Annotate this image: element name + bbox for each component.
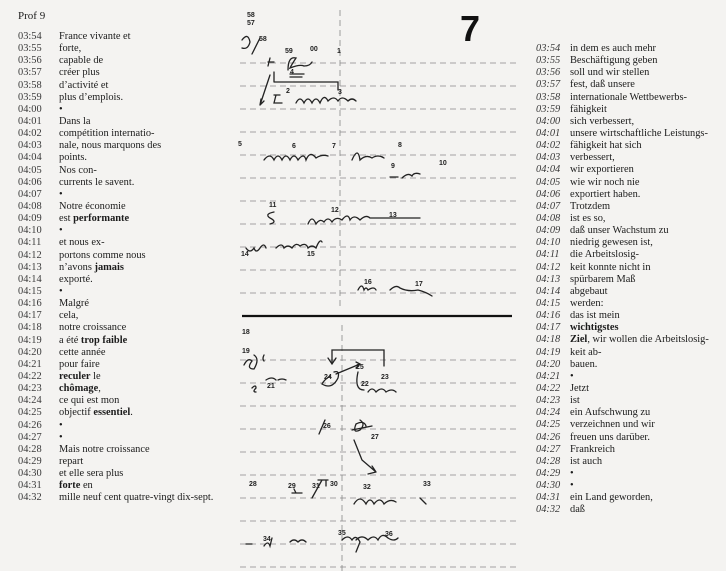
- text-segment: keit ab-: [570, 347, 601, 358]
- line-text: abgebaut: [570, 286, 608, 298]
- timestamp: 04:26: [536, 432, 570, 444]
- text-segment: currents le savent.: [59, 177, 134, 188]
- text-segment: n’avons: [59, 262, 95, 273]
- emphasized-word: chômage: [59, 383, 98, 394]
- text-segment: repart: [59, 456, 83, 467]
- transcript-line: 04:31forte en: [18, 480, 213, 492]
- line-text: nale, nous marquons des: [59, 140, 161, 152]
- text-segment: niedrig gewesen ist,: [570, 237, 653, 248]
- timestamp: 04:15: [536, 298, 570, 310]
- timing-marker: 24: [324, 374, 332, 381]
- line-text: die Arbeitslosig-: [570, 249, 639, 261]
- timestamp: 04:21: [536, 371, 570, 383]
- transcript-line: 04:10niedrig gewesen ist,: [536, 237, 709, 249]
- line-text: compétition internatio-: [59, 128, 155, 140]
- transcript-line: 04:03verbessert,: [536, 152, 709, 164]
- timestamp: 04:19: [18, 335, 59, 347]
- timestamp: 04:28: [536, 456, 570, 468]
- timestamp: 03:55: [18, 43, 59, 55]
- line-text: objectif essentiel.: [59, 407, 133, 419]
- timing-marker: 27: [371, 434, 379, 441]
- timing-marker: 3: [338, 89, 342, 96]
- text-segment: mille neuf cent quatre-vingt dix-sept.: [59, 492, 213, 503]
- transcript-line: 04:09daß unser Wachstum zu: [536, 225, 709, 237]
- timing-marker: 58: [259, 36, 267, 43]
- page-number: 7: [460, 8, 480, 50]
- timestamp: 04:13: [18, 262, 59, 274]
- transcript-line: 03:54France vivante et: [18, 31, 213, 43]
- transcript-line: 04:22Jetzt: [536, 383, 709, 395]
- text-segment: werden:: [570, 298, 603, 309]
- timing-marker: 1: [337, 48, 341, 55]
- text-segment: abgebaut: [570, 286, 608, 297]
- transcript-line: 04:06currents le savent.: [18, 177, 213, 189]
- timestamp: 04:17: [18, 310, 59, 322]
- pause-bullet: [59, 432, 63, 444]
- transcript-line: 04:20cette année: [18, 347, 213, 359]
- timestamp: 03:57: [536, 79, 570, 91]
- timestamp: 04:31: [536, 492, 570, 504]
- text-segment: créer plus: [59, 67, 100, 78]
- transcript-line: 04:22reculer le: [18, 371, 213, 383]
- text-segment: , wir wollen die Arbeitslosig-: [587, 334, 709, 345]
- line-text: chômage,: [59, 383, 101, 395]
- emphasized-word: jamais: [95, 262, 124, 273]
- line-text: verzeichnen und wir: [570, 419, 655, 431]
- line-text: cela,: [59, 310, 78, 322]
- line-text: Jetzt: [570, 383, 589, 395]
- line-text: fähigkeit hat sich: [570, 140, 642, 152]
- text-segment: exportiert haben.: [570, 189, 640, 200]
- timestamp: 04:10: [536, 237, 570, 249]
- transcript-line: 04:11et nous ex-: [18, 237, 213, 249]
- timing-marker: 12: [331, 207, 339, 214]
- text-segment: le: [91, 371, 101, 382]
- german-transcript: 03:54in dem es auch mehr03:55Beschäftigu…: [536, 43, 709, 516]
- line-text: Ziel, wir wollen die Arbeitslosig-: [570, 334, 709, 346]
- timestamp: 04:14: [18, 274, 59, 286]
- line-text: wichtigstes: [570, 322, 618, 334]
- text-segment: compétition internatio-: [59, 128, 155, 139]
- text-segment: en: [80, 480, 92, 491]
- timing-marker: 11: [269, 202, 276, 209]
- text-segment: notre croissance: [59, 322, 126, 333]
- line-text: ein Aufschwung zu: [570, 407, 650, 419]
- transcript-line: 04:03nale, nous marquons des: [18, 140, 213, 152]
- line-text: ein Land geworden,: [570, 492, 653, 504]
- transcript-line: 04:08ist es so,: [536, 213, 709, 225]
- transcript-line: 04:13n’avons jamais: [18, 262, 213, 274]
- line-text: fähigkeit: [570, 104, 607, 116]
- pause-bullet: [59, 225, 63, 237]
- timing-marker: 19: [242, 348, 250, 355]
- transcript-line: 04:16Malgré: [18, 298, 213, 310]
- text-segment: d’activité et: [59, 80, 108, 91]
- timestamp: 04:18: [18, 322, 59, 334]
- timestamp: 04:25: [536, 419, 570, 431]
- transcript-line: 04:32daß: [536, 504, 709, 516]
- transcript-line: 03:55Beschäftigung geben: [536, 55, 709, 67]
- transcript-line: 04:13spürbarem Maß: [536, 274, 709, 286]
- line-text: n’avons jamais: [59, 262, 124, 274]
- text-segment: forte,: [59, 43, 81, 54]
- transcript-line: 04:23chômage,: [18, 383, 213, 395]
- timestamp: 03:55: [536, 55, 570, 67]
- timestamp: 04:30: [536, 480, 570, 492]
- text-segment: a été: [59, 335, 81, 346]
- text-segment: ein Aufschwung zu: [570, 407, 650, 418]
- line-text: pour faire: [59, 359, 100, 371]
- timestamp: 04:06: [18, 177, 59, 189]
- transcript-line: 04:27: [18, 432, 213, 444]
- page-label: Prof 9: [18, 10, 45, 22]
- timing-marker: 16: [364, 279, 372, 286]
- timestamp: 04:03: [536, 152, 570, 164]
- transcript-line: 03:59fähigkeit: [536, 104, 709, 116]
- transcript-line: 04:24ein Aufschwung zu: [536, 407, 709, 419]
- text-segment: Mais notre croissance: [59, 444, 150, 455]
- line-text: a été trop faible: [59, 335, 127, 347]
- timestamp: 03:58: [18, 80, 59, 92]
- timestamp: 04:29: [18, 456, 59, 468]
- text-segment: plus d’emplois.: [59, 92, 123, 103]
- line-text: werden:: [570, 298, 603, 310]
- line-text: et nous ex-: [59, 237, 105, 249]
- timestamp: 04:14: [536, 286, 570, 298]
- text-segment: Notre économie: [59, 201, 126, 212]
- pause-bullet: [59, 189, 63, 201]
- line-text: bauen.: [570, 359, 597, 371]
- timing-marker: 6: [292, 143, 296, 150]
- timestamp: 04:01: [18, 116, 59, 128]
- timestamp: 04:17: [536, 322, 570, 334]
- transcript-line: 04:06exportiert haben.: [536, 189, 709, 201]
- text-segment: Nos con-: [59, 165, 97, 176]
- timestamp: 04:05: [18, 165, 59, 177]
- line-text: in dem es auch mehr: [570, 43, 656, 55]
- timestamp: 04:24: [18, 395, 59, 407]
- line-text: notre croissance: [59, 322, 126, 334]
- line-text: ist auch: [570, 456, 602, 468]
- timestamp: 04:19: [536, 347, 570, 359]
- timing-marker: 59: [285, 48, 293, 55]
- transcript-line: 04:19keit ab-: [536, 347, 709, 359]
- line-text: Nos con-: [59, 165, 97, 177]
- timestamp: 04:22: [536, 383, 570, 395]
- transcript-line: 04:17cela,: [18, 310, 213, 322]
- transcript-line: 04:07: [18, 189, 213, 201]
- timing-marker: 33: [423, 481, 431, 488]
- timestamp: 04:00: [18, 104, 59, 116]
- text-segment: verbessert,: [570, 152, 615, 163]
- text-segment: keit konnte nicht in: [570, 262, 651, 273]
- line-text: keit ab-: [570, 347, 601, 359]
- timing-marker: 18: [242, 329, 250, 336]
- timestamp: 04:32: [536, 504, 570, 516]
- timestamp: 04:06: [536, 189, 570, 201]
- timestamp: 04:31: [18, 480, 59, 492]
- timestamp: 04:32: [18, 492, 59, 504]
- line-text: forte en: [59, 480, 93, 492]
- timestamp: 03:56: [18, 55, 59, 67]
- transcript-line: 04:21pour faire: [18, 359, 213, 371]
- timing-marker: 36: [385, 531, 393, 538]
- timing-marker: 58: [247, 12, 255, 19]
- french-transcript: 03:54France vivante et03:55forte,03:56ca…: [18, 31, 213, 504]
- timestamp: 04:23: [18, 383, 59, 395]
- timestamp: 03:58: [536, 92, 570, 104]
- timing-marker: 28: [249, 481, 257, 488]
- timestamp: 04:08: [536, 213, 570, 225]
- transcript-line: 04:02fähigkeit hat sich: [536, 140, 709, 152]
- line-text: ist: [570, 395, 580, 407]
- timing-marker: 25: [356, 364, 364, 371]
- line-text: cette année: [59, 347, 105, 359]
- timestamp: 04:25: [18, 407, 59, 419]
- line-text: niedrig gewesen ist,: [570, 237, 653, 249]
- text-segment: ,: [98, 383, 101, 394]
- timing-marker: 15: [307, 251, 315, 258]
- timestamp: 04:30: [18, 468, 59, 480]
- text-segment: wie wir noch nie: [570, 177, 640, 188]
- line-text: wie wir noch nie: [570, 177, 640, 189]
- timestamp: 04:12: [18, 250, 59, 262]
- line-text: créer plus: [59, 67, 100, 79]
- emphasized-word: trop faible: [81, 335, 127, 346]
- line-text: spürbarem Maß: [570, 274, 636, 286]
- text-segment: fähigkeit hat sich: [570, 140, 642, 151]
- transcript-line: 04:19a été trop faible: [18, 335, 213, 347]
- text-segment: Frankreich: [570, 444, 615, 455]
- emphasized-word: reculer: [59, 371, 91, 382]
- transcript-line: 04:08Notre économie: [18, 201, 213, 213]
- line-text: points.: [59, 152, 87, 164]
- timestamp: 04:16: [536, 310, 570, 322]
- line-text: keit konnte nicht in: [570, 262, 651, 274]
- timestamp: 04:09: [18, 213, 59, 225]
- transcript-line: 04:07Trotzdem: [536, 201, 709, 213]
- line-text: ce qui est mon: [59, 395, 119, 407]
- text-segment: sich verbessert,: [570, 116, 634, 127]
- text-segment: et elle sera plus: [59, 468, 123, 479]
- text-segment: spürbarem Maß: [570, 274, 636, 285]
- line-text: France vivante et: [59, 31, 131, 43]
- timestamp: 04:27: [18, 432, 59, 444]
- timing-marker: 31: [312, 483, 320, 490]
- transcript-line: 04:30: [536, 480, 709, 492]
- timestamp: 04:09: [536, 225, 570, 237]
- timestamp: 03:54: [18, 31, 59, 43]
- line-text: Dans la: [59, 116, 90, 128]
- transcript-line: 04:05Nos con-: [18, 165, 213, 177]
- timestamp: 03:56: [536, 67, 570, 79]
- timestamp: 04:00: [536, 116, 570, 128]
- text-segment: die Arbeitslosig-: [570, 249, 639, 260]
- line-text: Notre économie: [59, 201, 126, 213]
- transcript-line: 04:32mille neuf cent quatre-vingt dix-se…: [18, 492, 213, 504]
- timestamp: 04:15: [18, 286, 59, 298]
- transcript-line: 04:31ein Land geworden,: [536, 492, 709, 504]
- handwritten-notes: 58 57 58 59 00 1 2 3 4 5 6 7 8 9 10 11 1…: [230, 0, 520, 571]
- transcript-line: 04:05wie wir noch nie: [536, 177, 709, 189]
- timestamp: 03:57: [18, 67, 59, 79]
- line-text: daß: [570, 504, 585, 516]
- timestamp: 04:07: [536, 201, 570, 213]
- timing-marker: 8: [398, 142, 402, 149]
- timestamp: 04:04: [536, 164, 570, 176]
- timestamp: 04:04: [18, 152, 59, 164]
- line-text: et elle sera plus: [59, 468, 123, 480]
- line-text: Frankreich: [570, 444, 615, 456]
- timing-marker: 35: [338, 530, 346, 537]
- text-segment: ein Land geworden,: [570, 492, 653, 503]
- timestamp: 04:02: [18, 128, 59, 140]
- transcript-line: 03:57créer plus: [18, 67, 213, 79]
- line-text: sich verbessert,: [570, 116, 634, 128]
- timing-marker: 5: [238, 141, 242, 148]
- timestamp: 04:07: [18, 189, 59, 201]
- line-text: exportiert haben.: [570, 189, 640, 201]
- timing-marker: 23: [381, 374, 389, 381]
- timing-marker: 21: [267, 383, 275, 390]
- timestamp: 04:23: [536, 395, 570, 407]
- pause-bullet: [59, 420, 63, 432]
- transcript-line: 04:15werden:: [536, 298, 709, 310]
- transcript-line: 04:00sich verbessert,: [536, 116, 709, 128]
- transcript-line: 04:26freuen uns darüber.: [536, 432, 709, 444]
- timing-marker: 2: [286, 88, 290, 95]
- timestamp: 03:54: [536, 43, 570, 55]
- timing-marker: 00: [310, 46, 318, 53]
- line-text: wir exportieren: [570, 164, 634, 176]
- timestamp: 04:10: [18, 225, 59, 237]
- timestamp: 03:59: [18, 92, 59, 104]
- timestamp: 04:20: [18, 347, 59, 359]
- emphasized-word: forte: [59, 480, 80, 491]
- transcript-line: 04:02compétition internatio-: [18, 128, 213, 140]
- timing-marker: 14: [241, 251, 249, 258]
- line-text: internationale Wettbewerbs-: [570, 92, 687, 104]
- timestamp: 04:02: [536, 140, 570, 152]
- text-segment: objectif: [59, 407, 93, 418]
- emphasized-word: performante: [73, 213, 129, 224]
- text-segment: internationale Wettbewerbs-: [570, 92, 687, 103]
- timing-marker: 29: [288, 483, 296, 490]
- transcript-line: 04:12portons comme nous: [18, 250, 213, 262]
- line-text: capable de: [59, 55, 103, 67]
- line-text: Beschäftigung geben: [570, 55, 657, 67]
- transcript-line: 04:12keit konnte nicht in: [536, 262, 709, 274]
- timing-marker: 10: [439, 160, 447, 167]
- transcript-line: 04:28ist auch: [536, 456, 709, 468]
- transcript-line: 04:18Ziel, wir wollen die Arbeitslosig-: [536, 334, 709, 346]
- transcript-line: 04:15: [18, 286, 213, 298]
- text-segment: ist: [570, 395, 580, 406]
- transcript-line: 03:58d’activité et: [18, 80, 213, 92]
- text-segment: portons comme nous: [59, 250, 146, 261]
- text-segment: in dem es auch mehr: [570, 43, 656, 54]
- line-text: verbessert,: [570, 152, 615, 164]
- line-text: fest, daß unsere: [570, 79, 635, 91]
- timestamp: 04:03: [18, 140, 59, 152]
- timestamp: 04:11: [536, 249, 570, 261]
- timestamp: 04:24: [536, 407, 570, 419]
- timestamp: 03:59: [536, 104, 570, 116]
- text-segment: fähigkeit: [570, 104, 607, 115]
- timing-marker: 22: [361, 381, 369, 388]
- timestamp: 04:20: [536, 359, 570, 371]
- transcript-line: 04:16das ist mein: [536, 310, 709, 322]
- line-text: mille neuf cent quatre-vingt dix-sept.: [59, 492, 213, 504]
- transcript-line: 04:09est performante: [18, 213, 213, 225]
- transcript-line: 04:24ce qui est mon: [18, 395, 213, 407]
- emphasized-word: Ziel: [570, 334, 587, 345]
- timestamp: 04:16: [18, 298, 59, 310]
- line-text: exporté.: [59, 274, 93, 286]
- text-segment: points.: [59, 152, 87, 163]
- text-segment: Jetzt: [570, 383, 589, 394]
- line-text: forte,: [59, 43, 81, 55]
- pause-bullet: [570, 371, 574, 383]
- line-text: daß unser Wachstum zu: [570, 225, 669, 237]
- timing-marker: 13: [389, 212, 397, 219]
- text-segment: Beschäftigung geben: [570, 55, 657, 66]
- transcript-line: 03:55forte,: [18, 43, 213, 55]
- transcript-line: 03:56soll und wir stellen: [536, 67, 709, 79]
- transcript-line: 04:14abgebaut: [536, 286, 709, 298]
- transcript-line: 04:01unsere wirtschaftliche Leistungs-: [536, 128, 709, 140]
- transcript-line: 04:04points.: [18, 152, 213, 164]
- line-text: Malgré: [59, 298, 89, 310]
- text-segment: Malgré: [59, 298, 89, 309]
- timestamp: 04:01: [536, 128, 570, 140]
- text-segment: .: [130, 407, 133, 418]
- notes-drawing: [230, 0, 520, 571]
- transcript-line: 04:30et elle sera plus: [18, 468, 213, 480]
- text-segment: ist es so,: [570, 213, 606, 224]
- transcript-line: 04:17wichtigstes: [536, 322, 709, 334]
- transcript-line: 03:58internationale Wettbewerbs-: [536, 92, 709, 104]
- line-text: portons comme nous: [59, 250, 146, 262]
- text-segment: bauen.: [570, 359, 597, 370]
- text-segment: ist auch: [570, 456, 602, 467]
- timestamp: 04:27: [536, 444, 570, 456]
- timing-marker: 34: [263, 536, 271, 543]
- text-segment: daß: [570, 504, 585, 515]
- timestamp: 04:21: [18, 359, 59, 371]
- line-text: soll und wir stellen: [570, 67, 649, 79]
- transcript-line: 04:20bauen.: [536, 359, 709, 371]
- text-segment: wir exportieren: [570, 164, 634, 175]
- timestamp: 04:28: [18, 444, 59, 456]
- timestamp: 04:05: [536, 177, 570, 189]
- pause-bullet: [59, 104, 63, 116]
- text-segment: verzeichnen und wir: [570, 419, 655, 430]
- text-segment: ce qui est mon: [59, 395, 119, 406]
- transcript-line: 04:18notre croissance: [18, 322, 213, 334]
- text-segment: pour faire: [59, 359, 100, 370]
- text-segment: cette année: [59, 347, 105, 358]
- transcript-line: 04:11die Arbeitslosig-: [536, 249, 709, 261]
- transcript-line: 04:23ist: [536, 395, 709, 407]
- timestamp: 04:26: [18, 420, 59, 432]
- emphasized-word: essentiel: [93, 407, 130, 418]
- line-text: plus d’emplois.: [59, 92, 123, 104]
- transcript-line: 03:57fest, daß unsere: [536, 79, 709, 91]
- timestamp: 04:22: [18, 371, 59, 383]
- transcript-line: 04:29repart: [18, 456, 213, 468]
- text-segment: soll und wir stellen: [570, 67, 649, 78]
